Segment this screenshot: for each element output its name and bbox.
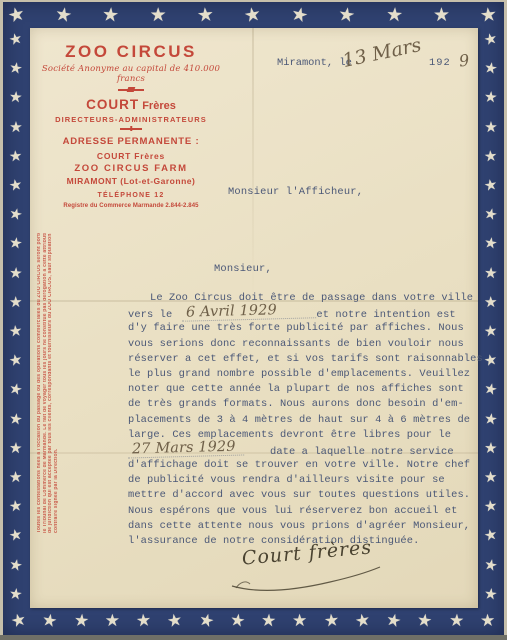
body-line: placements de 3 à 4 mètres de haut sur 4… (128, 413, 468, 428)
star-icon: ★ (242, 4, 262, 26)
star-icon: ★ (102, 5, 121, 25)
star-icon: ★ (483, 177, 499, 194)
directors-title: DIRECTEURS-ADMINISTRATEURS (36, 115, 226, 124)
star-border-top: ★★★★★★★★★★★ (8, 1, 497, 29)
body-line: vers le 6 Avril 1929 et notre intention … (128, 306, 468, 321)
star-icon: ★ (483, 31, 500, 49)
star-icon: ★ (384, 611, 403, 631)
star-icon: ★ (484, 120, 497, 135)
body-line: 27 Mars 1929 date a laquelle notre servi… (128, 443, 468, 458)
body-line: mettre d'accord avec vous sur toutes que… (128, 488, 468, 503)
star-icon: ★ (8, 381, 24, 399)
paper-crease (252, 28, 254, 303)
star-icon: ★ (385, 5, 403, 25)
address-name: COURT Frères (36, 151, 226, 161)
body-line: de très grands formats. Nous aurons donc… (128, 397, 468, 412)
star-icon: ★ (9, 265, 23, 281)
letter-scan: ★★★★★★★★★★★ ★★★★★★★★★★★★★★★★ ★★★★★★★★★★★… (0, 0, 507, 640)
star-icon: ★ (229, 611, 247, 630)
star-border-bottom: ★★★★★★★★★★★★★★★★ (11, 607, 495, 634)
body-line: de publicité vous rendra d'ailleurs visi… (128, 473, 468, 488)
star-icon: ★ (433, 5, 450, 24)
star-icon: ★ (105, 612, 120, 629)
star-icon: ★ (41, 611, 59, 630)
star-icon: ★ (483, 586, 498, 603)
brand-name: ZOO CIRCUS (36, 42, 226, 62)
star-border-left: ★★★★★★★★★★★★★★★★★★★★ (3, 32, 29, 602)
star-icon: ★ (197, 610, 216, 630)
directors-surname: COURT (86, 97, 139, 112)
star-icon: ★ (448, 612, 464, 630)
body-line: dans cette attente nous vous prions d'ag… (128, 519, 468, 534)
signature-flourish (226, 558, 386, 594)
star-icon: ★ (196, 5, 215, 25)
address-heading: ADRESSE PERMANENTE : (36, 136, 226, 147)
letter-paper: ZOO CIRCUS Société Anonyme au capital de… (30, 28, 478, 608)
star-icon: ★ (8, 498, 23, 515)
body-line: le plus grand nombre possible d'emplacem… (128, 367, 468, 382)
legal-side-note-line: contraire signée par la Direction. (54, 233, 60, 533)
star-icon: ★ (8, 235, 24, 252)
star-icon: ★ (9, 470, 23, 485)
star-icon: ★ (483, 352, 499, 369)
star-icon: ★ (9, 148, 24, 164)
directors-suffix: Frères (139, 100, 176, 112)
star-icon: ★ (483, 381, 499, 399)
star-icon: ★ (323, 611, 340, 630)
handwritten-year-digit: 9 (458, 51, 470, 71)
star-icon: ★ (483, 498, 498, 515)
star-icon: ★ (479, 612, 495, 630)
star-icon: ★ (73, 611, 90, 629)
body-line: réserver a cet effet, et si vos tarifs s… (128, 352, 468, 367)
star-icon: ★ (484, 295, 498, 310)
star-icon: ★ (8, 586, 23, 603)
star-icon: ★ (483, 556, 499, 573)
body-line: d'y faire une très forte publicité par a… (128, 321, 468, 336)
phone-line: TÉLÉPHONE 12 (36, 192, 226, 199)
star-icon: ★ (135, 611, 152, 629)
star-icon: ★ (8, 206, 25, 224)
handwritten-deadline-date: 27 Mars 1929 (128, 439, 244, 458)
trade-registry-line: Registre du Commerce Marmande 2.844-2.84… (36, 203, 226, 209)
scan-edge-strip (0, 635, 507, 640)
directors-line: COURT Frères (36, 96, 226, 114)
star-icon: ★ (289, 4, 310, 27)
salutation-line: Monsieur, (214, 263, 272, 275)
star-icon: ★ (150, 6, 167, 25)
star-icon: ★ (8, 60, 24, 77)
star-icon: ★ (483, 206, 500, 224)
address-town: MIRAMONT (Lot-et-Garonne) (36, 176, 226, 186)
handwritten-date: 13 Mars (341, 34, 424, 72)
star-icon: ★ (483, 527, 499, 544)
star-icon: ★ (8, 527, 24, 544)
star-icon: ★ (6, 4, 27, 27)
handwritten-arrival-date: 6 Avril 1929 (182, 302, 316, 322)
company-capital-line: Société Anonyme au capital de 410.000 fr… (36, 64, 226, 84)
star-icon: ★ (8, 411, 23, 428)
letter-body: Le Zoo Circus doit être de passage dans … (128, 291, 468, 549)
body-line: Nous espérons que vous lui réserverez bo… (128, 504, 468, 519)
star-icon: ★ (8, 31, 25, 49)
star-icon: ★ (484, 441, 498, 457)
star-icon: ★ (484, 90, 499, 106)
star-icon: ★ (484, 148, 499, 164)
star-icon: ★ (9, 295, 23, 310)
address-farm: ZOO CIRCUS FARM (36, 163, 226, 174)
star-icon: ★ (484, 265, 498, 281)
recipient-line: Monsieur l'Afficheur, (228, 186, 363, 198)
star-icon: ★ (8, 352, 24, 369)
star-icon: ★ (483, 235, 499, 252)
star-icon: ★ (260, 611, 276, 629)
ornament-divider (118, 89, 144, 91)
star-icon: ★ (9, 323, 24, 339)
dateline-place: Miramont, le (277, 57, 352, 69)
ornament-divider (120, 128, 142, 130)
star-icon: ★ (9, 90, 24, 106)
star-icon: ★ (416, 611, 433, 630)
star-icon: ★ (337, 4, 357, 25)
letterhead: ZOO CIRCUS Société Anonyme au capital de… (36, 42, 226, 209)
star-icon: ★ (8, 556, 24, 573)
star-border-right: ★★★★★★★★★★★★★★★★★★★★ (478, 32, 504, 602)
star-icon: ★ (484, 323, 499, 339)
body-line: d'affichage doit se trouver en votre vil… (128, 458, 468, 473)
body-line: noter que cette année la plupart de nos … (128, 382, 468, 397)
star-icon: ★ (8, 177, 24, 194)
legal-side-note: Toutes les contestations nées à l'occasi… (37, 233, 60, 533)
star-icon: ★ (166, 611, 184, 630)
star-icon: ★ (479, 5, 498, 26)
star-icon: ★ (54, 4, 74, 26)
star-icon: ★ (484, 470, 498, 485)
star-icon: ★ (292, 612, 308, 629)
star-icon: ★ (9, 441, 23, 457)
star-icon: ★ (483, 411, 498, 428)
star-icon: ★ (9, 120, 22, 135)
dateline-year: 192 (429, 57, 451, 69)
star-icon: ★ (9, 610, 28, 630)
star-icon: ★ (353, 611, 371, 631)
star-icon: ★ (483, 60, 499, 77)
body-line: vous serions donc reconnaissants de bien… (128, 337, 468, 352)
